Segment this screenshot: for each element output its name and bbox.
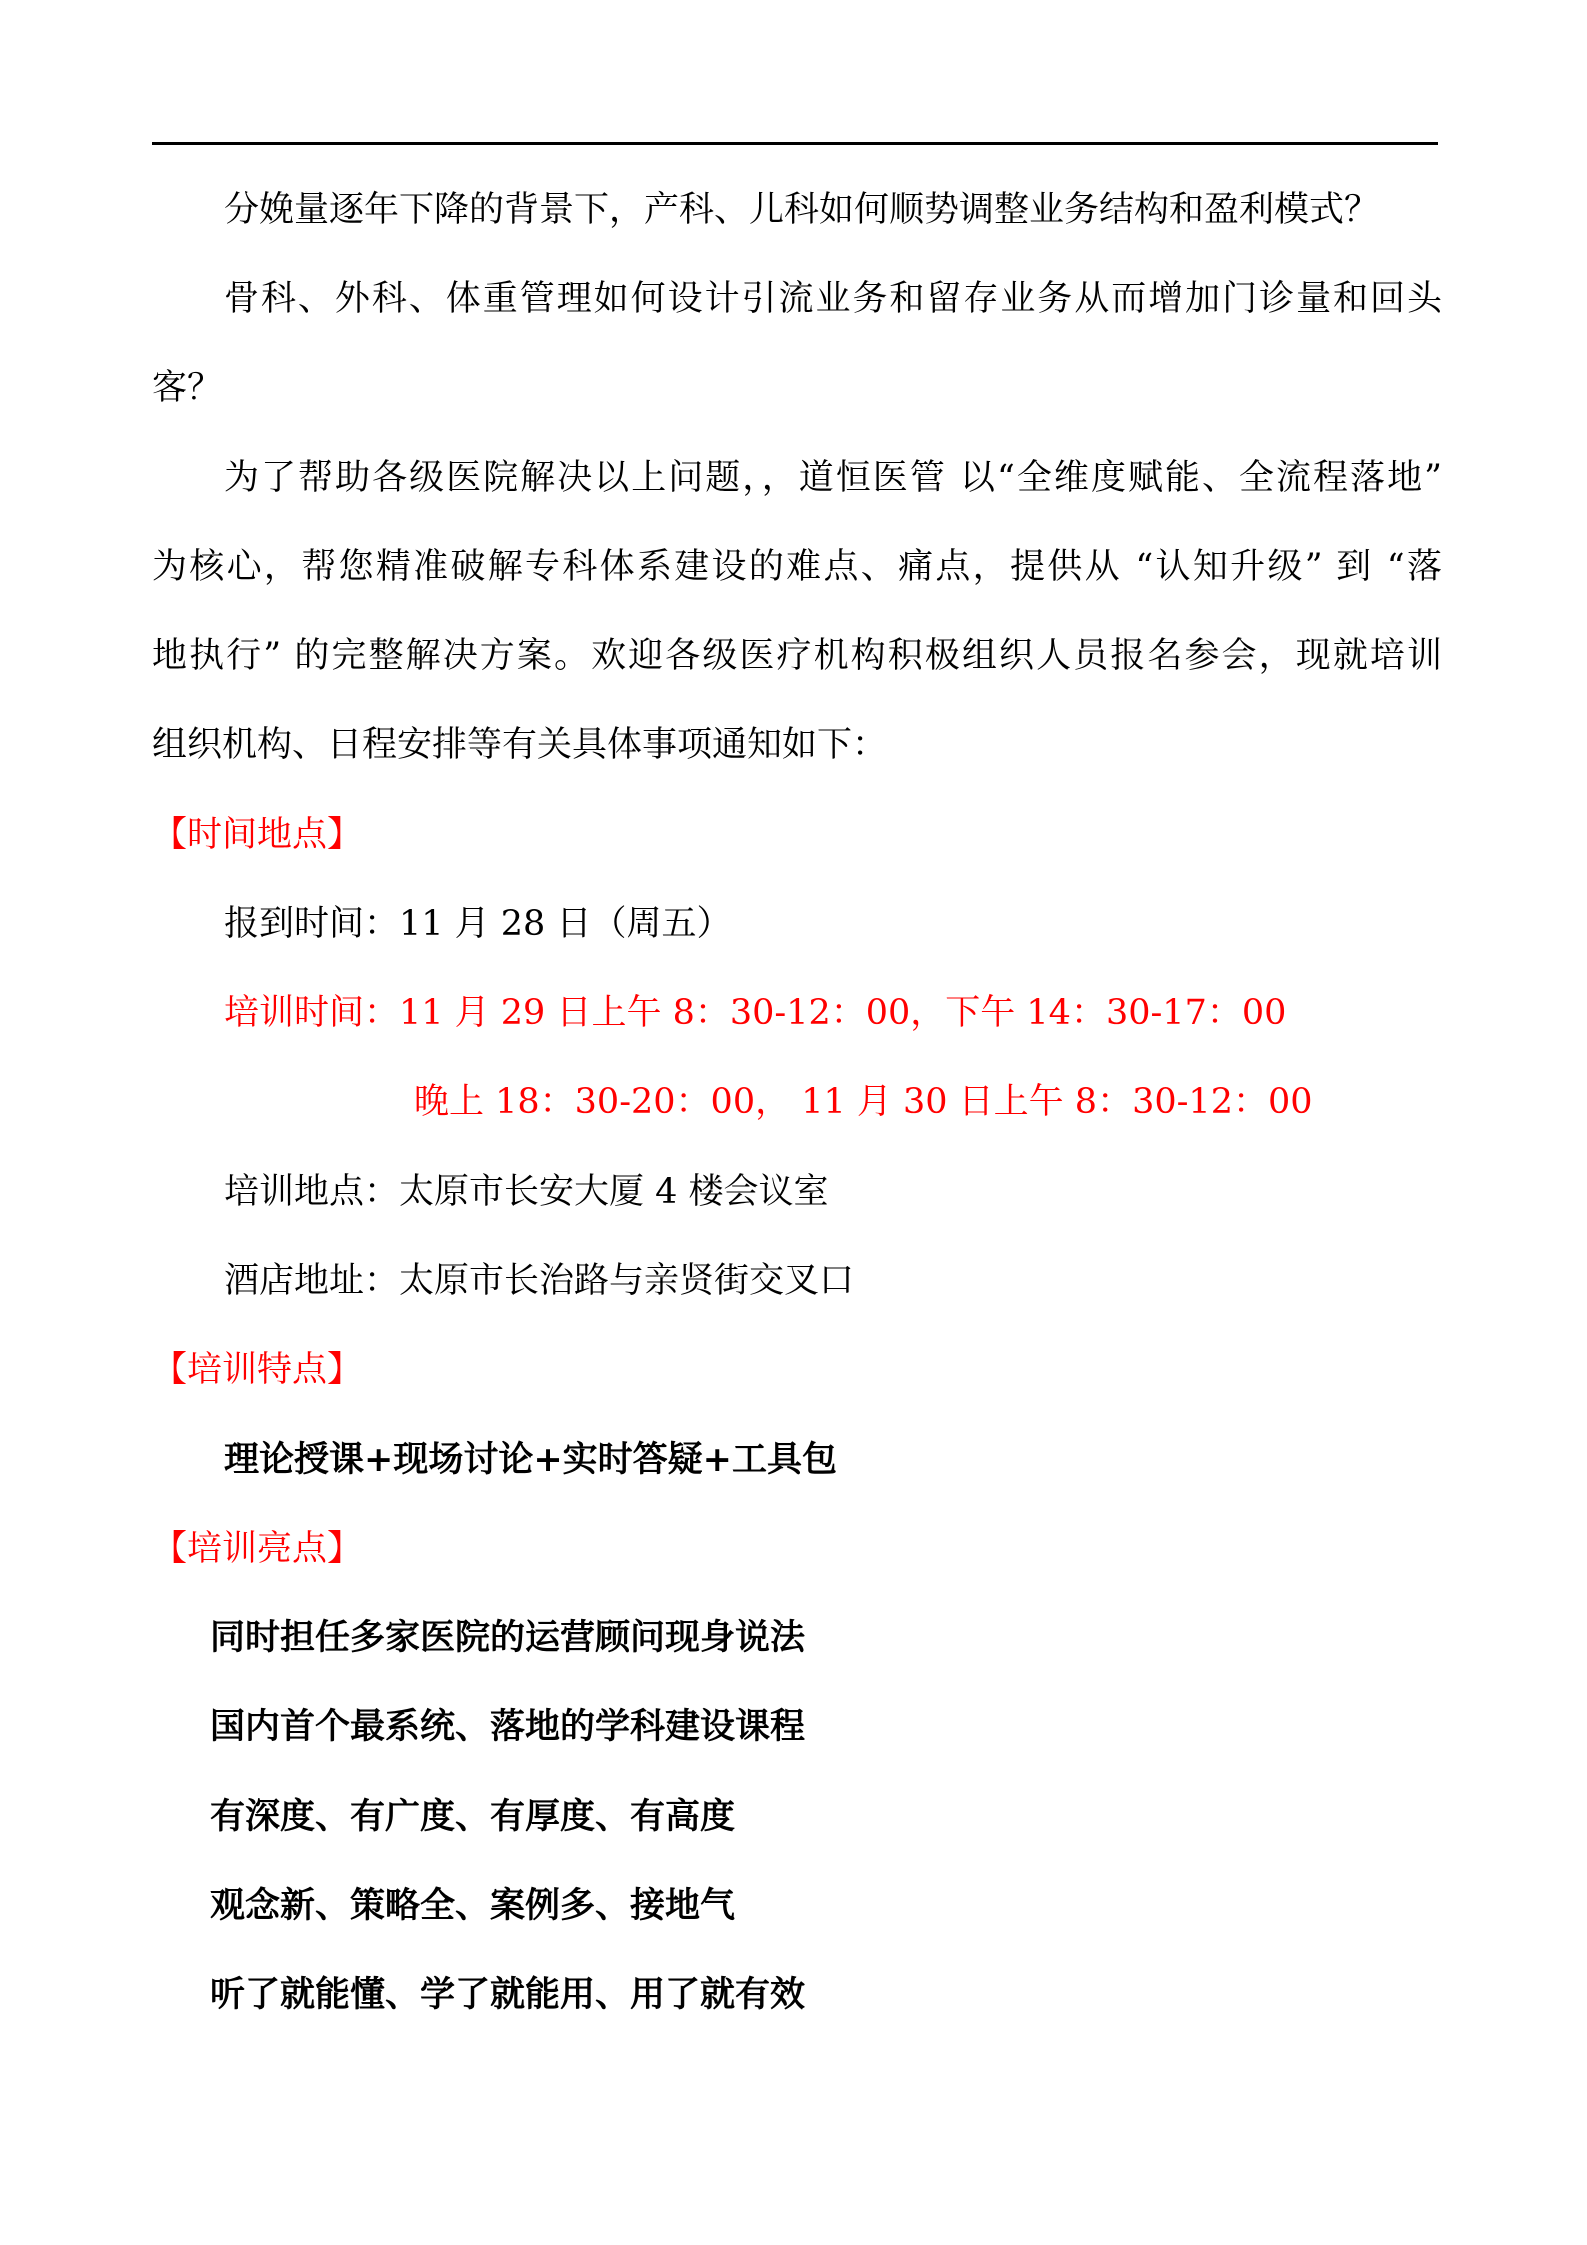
training-time-line-2: 晚上 18：30-20：00， 11 月 30 日上午 8：30-12：00 xyxy=(414,1080,1587,1124)
highlight-item: 观念新、策略全、案例多、接地气 xyxy=(210,1884,1500,1928)
highlight-item: 有深度、有广度、有厚度、有高度 xyxy=(210,1795,1500,1839)
training-venue: 培训地点：太原市长安大厦 4 楼会议室 xyxy=(224,1170,1442,1214)
hotel-address: 酒店地址：太原市长治路与亲贤街交叉口 xyxy=(224,1259,1442,1303)
intro-paragraph-3-line-3: 地执行” 的完整解决方案。欢迎各级医疗机构积极组织人员报名参会，现就培训 xyxy=(152,634,1442,678)
intro-paragraph-3-line-4: 组织机构、日程安排等有关具体事项通知如下： xyxy=(152,723,1442,767)
section-header-time-place: 【时间地点】 xyxy=(152,813,1442,857)
intro-paragraph-2-line-2: 客？ xyxy=(152,366,1442,410)
highlight-item: 国内首个最系统、落地的学科建设课程 xyxy=(210,1705,1500,1749)
section-header-features: 【培训特点】 xyxy=(152,1348,1442,1392)
intro-paragraph-3-line-1: 为了帮助各级医院解决以上问题，，道恒医管 以“全维度赋能、全流程落地” xyxy=(224,456,1442,500)
training-time-line-1: 培训时间：11 月 29 日上午 8：30-12：00，下午 14：30-17：… xyxy=(224,991,1442,1035)
highlight-item: 听了就能懂、学了就能用、用了就有效 xyxy=(210,1973,1500,2017)
header-rule xyxy=(152,142,1438,145)
intro-paragraph-1: 分娩量逐年下降的背景下，产科、儿科如何顺势调整业务结构和盈利模式？ xyxy=(224,188,1442,232)
highlight-item: 同时担任多家医院的运营顾问现身说法 xyxy=(210,1616,1500,1660)
checkin-time: 报到时间：11 月 28 日（周五） xyxy=(224,902,1442,946)
features-text: 理论授课+现场讨论+实时答疑+工具包 xyxy=(224,1438,1442,1482)
intro-paragraph-2-line-1: 骨科、外科、体重管理如何设计引流业务和留存业务从而增加门诊量和回头 xyxy=(224,277,1442,321)
section-header-highlights: 【培训亮点】 xyxy=(152,1527,1442,1571)
intro-paragraph-3-line-2: 为核心，帮您精准破解专科体系建设的难点、痛点，提供从 “认知升级” 到 “落 xyxy=(152,545,1442,589)
